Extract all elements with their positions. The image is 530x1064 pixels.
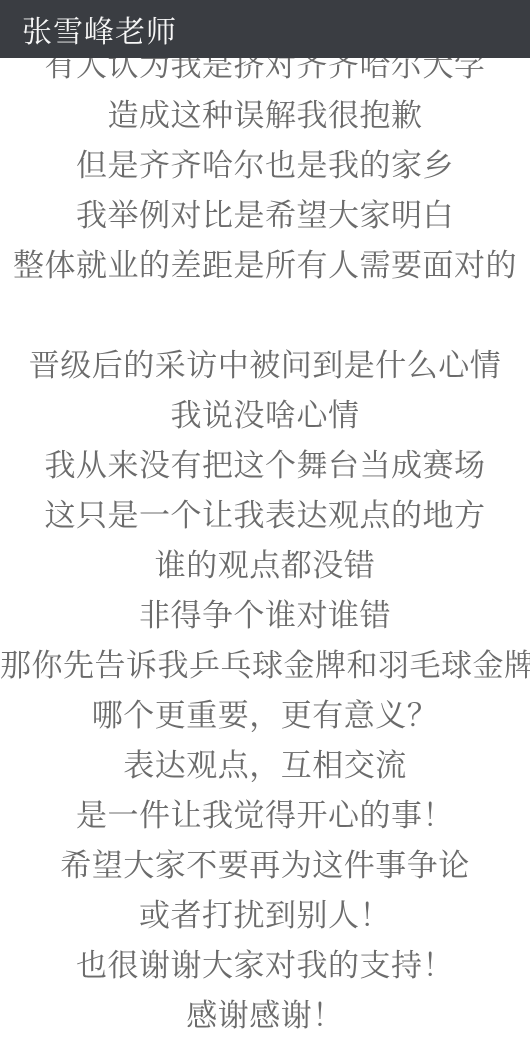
paragraph-gap (0, 291, 530, 341)
title-bar: 张雪峰老师 (0, 0, 530, 58)
text-line: 或者打扰到别人！ (0, 891, 530, 941)
text-line: 我从来没有把这个舞台当成赛场 (0, 441, 530, 491)
text-line: 希望大家不要再为这件事争论 (0, 841, 530, 891)
text-line: 哪个更重要，更有意义？ (0, 691, 530, 741)
text-line: 我举例对比是希望大家明白 (0, 191, 530, 241)
text-line: 非得争个谁对谁错 (0, 591, 530, 641)
text-line: 那你先告诉我乒乓球金牌和羽毛球金牌 (0, 641, 530, 691)
text-line: 感谢感谢！ (0, 991, 530, 1041)
app-screen: 张雪峰老师 有人认为我是挤对齐齐哈尔大学造成这种误解我很抱歉但是齐齐哈尔也是我的… (0, 0, 530, 1064)
post-body: 有人认为我是挤对齐齐哈尔大学造成这种误解我很抱歉但是齐齐哈尔也是我的家乡我举例对… (0, 41, 530, 1041)
text-line: 我说没啥心情 (0, 391, 530, 441)
text-line: 但是齐齐哈尔也是我的家乡 (0, 141, 530, 191)
page-title: 张雪峰老师 (0, 7, 177, 51)
text-line: 是一件让我觉得开心的事！ (0, 791, 530, 841)
text-line: 表达观点，互相交流 (0, 741, 530, 791)
text-line: 谁的观点都没错 (0, 541, 530, 591)
text-line: 晋级后的采访中被问到是什么心情 (0, 341, 530, 391)
text-line: 整体就业的差距是所有人需要面对的 (0, 241, 530, 291)
text-line: 这只是一个让我表达观点的地方 (0, 491, 530, 541)
text-line: 造成这种误解我很抱歉 (0, 91, 530, 141)
text-line: 也很谢谢大家对我的支持！ (0, 941, 530, 991)
